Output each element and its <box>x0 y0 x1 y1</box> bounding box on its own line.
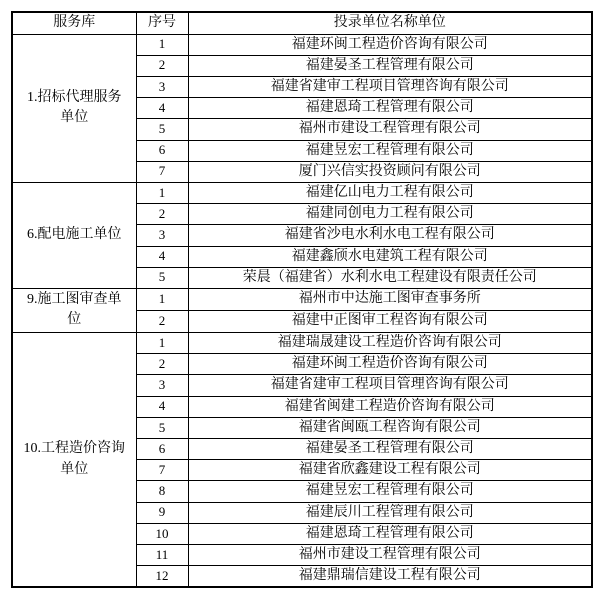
row-number-cell: 8 <box>136 481 188 502</box>
unit-name-cell: 福建同创电力工程有限公司 <box>188 204 592 225</box>
row-number-cell: 4 <box>136 246 188 267</box>
unit-name-cell: 福建恩琦工程管理有限公司 <box>188 98 592 119</box>
row-number-cell: 5 <box>136 417 188 438</box>
unit-name-cell: 福建环闽工程造价咨询有限公司 <box>188 34 592 55</box>
row-number-cell: 1 <box>136 182 188 203</box>
row-number-cell: 6 <box>136 439 188 460</box>
row-number-cell: 2 <box>136 310 188 332</box>
table-row: 10.工程造价咨询单位1福建瑞晟建设工程造价咨询有限公司 <box>12 333 592 354</box>
row-number-cell: 11 <box>136 545 188 566</box>
unit-name-cell: 福建鑫颀水电建筑工程有限公司 <box>188 246 592 267</box>
row-number-cell: 2 <box>136 354 188 375</box>
row-number-cell: 10 <box>136 523 188 544</box>
row-number-cell: 5 <box>136 267 188 288</box>
unit-name-cell: 荣晨（福建省）水利水电工程建设有限责任公司 <box>188 267 592 288</box>
unit-name-cell: 福建省建审工程项目管理咨询有限公司 <box>188 375 592 396</box>
category-cell: 9.施工图审查单位 <box>12 288 136 332</box>
unit-name-cell: 厦门兴信实投资顾问有限公司 <box>188 161 592 182</box>
row-number-cell: 12 <box>136 566 188 587</box>
unit-name-cell: 福建省沙电水利水电工程有限公司 <box>188 225 592 246</box>
category-cell: 1.招标代理服务单位 <box>12 34 136 182</box>
header-serial-number: 序号 <box>136 12 188 34</box>
row-number-cell: 7 <box>136 161 188 182</box>
service-units-table: 服务库 序号 投录单位名称单位 1.招标代理服务单位1福建环闽工程造价咨询有限公… <box>11 11 593 588</box>
table-row: 6.配电施工单位1福建亿山电力工程有限公司 <box>12 182 592 203</box>
row-number-cell: 9 <box>136 502 188 523</box>
header-row: 服务库 序号 投录单位名称单位 <box>12 12 592 34</box>
unit-name-cell: 福建晏圣工程管理有限公司 <box>188 439 592 460</box>
row-number-cell: 4 <box>136 396 188 417</box>
category-cell: 6.配电施工单位 <box>12 182 136 288</box>
unit-name-cell: 福建环闽工程造价咨询有限公司 <box>188 354 592 375</box>
header-service-library: 服务库 <box>12 12 136 34</box>
service-units-table-container: 服务库 序号 投录单位名称单位 1.招标代理服务单位1福建环闽工程造价咨询有限公… <box>11 11 593 588</box>
unit-name-cell: 福建恩琦工程管理有限公司 <box>188 523 592 544</box>
unit-name-cell: 福建瑞晟建设工程造价咨询有限公司 <box>188 333 592 354</box>
category-cell: 10.工程造价咨询单位 <box>12 333 136 587</box>
row-number-cell: 3 <box>136 375 188 396</box>
table-row: 1.招标代理服务单位1福建环闽工程造价咨询有限公司 <box>12 34 592 55</box>
row-number-cell: 1 <box>136 288 188 310</box>
row-number-cell: 6 <box>136 140 188 161</box>
row-number-cell: 5 <box>136 119 188 140</box>
header-unit-name: 投录单位名称单位 <box>188 12 592 34</box>
unit-name-cell: 福建省闽瓯工程咨询有限公司 <box>188 417 592 438</box>
row-number-cell: 1 <box>136 34 188 55</box>
unit-name-cell: 福建辰川工程管理有限公司 <box>188 502 592 523</box>
unit-name-cell: 福州市建设工程管理有限公司 <box>188 545 592 566</box>
table-body: 1.招标代理服务单位1福建环闽工程造价咨询有限公司2福建晏圣工程管理有限公司3福… <box>12 34 592 587</box>
unit-name-cell: 福州市中达施工图审查事务所 <box>188 288 592 310</box>
table-row: 9.施工图审查单位1福州市中达施工图审查事务所 <box>12 288 592 310</box>
unit-name-cell: 福建省欣鑫建设工程有限公司 <box>188 460 592 481</box>
row-number-cell: 2 <box>136 55 188 76</box>
unit-name-cell: 福建省闽建工程造价咨询有限公司 <box>188 396 592 417</box>
row-number-cell: 7 <box>136 460 188 481</box>
unit-name-cell: 福建亿山电力工程有限公司 <box>188 182 592 203</box>
unit-name-cell: 福建昱宏工程管理有限公司 <box>188 140 592 161</box>
unit-name-cell: 福建中正图审工程咨询有限公司 <box>188 310 592 332</box>
unit-name-cell: 福州市建设工程管理有限公司 <box>188 119 592 140</box>
row-number-cell: 1 <box>136 333 188 354</box>
row-number-cell: 3 <box>136 76 188 97</box>
unit-name-cell: 福建晏圣工程管理有限公司 <box>188 55 592 76</box>
row-number-cell: 4 <box>136 98 188 119</box>
unit-name-cell: 福建昱宏工程管理有限公司 <box>188 481 592 502</box>
row-number-cell: 3 <box>136 225 188 246</box>
unit-name-cell: 福建省建审工程项目管理咨询有限公司 <box>188 76 592 97</box>
unit-name-cell: 福建鼎瑞信建设工程有限公司 <box>188 566 592 587</box>
table-header: 服务库 序号 投录单位名称单位 <box>12 12 592 34</box>
row-number-cell: 2 <box>136 204 188 225</box>
